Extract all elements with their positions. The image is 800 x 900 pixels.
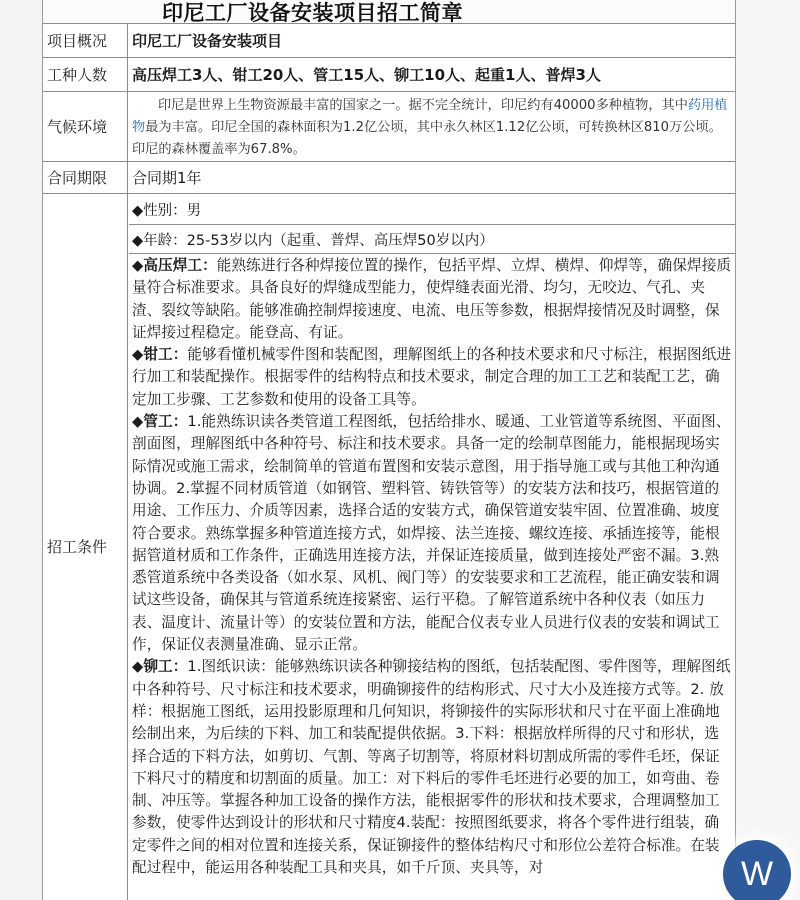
trade-requirements: ◆高压焊工：能熟练进行各种焊接位置的操作，包括平焊、立焊、横焊、仰焊等，确保焊接… bbox=[129, 255, 735, 879]
climate-text-part1: 印尼是世界上生物资源最丰富的国家之一。据不完全统计，印尼约有40000多种植物，… bbox=[158, 98, 688, 113]
label-headcount: 工种人数 bbox=[43, 58, 128, 91]
trade-pipefitter: ◆管工：1.能熟练识读各类管道工程图纸，包括给排水、暖通、工业管道等系统图、平面… bbox=[132, 411, 733, 656]
trade-riveter: ◆铆工：1.图纸识读：能够熟练识读各种铆接结构的图纸，包括装配图、零件图等，理解… bbox=[132, 656, 733, 879]
trade-description: 能够看懂机械零件图和装配图，理解图纸上的各种技术要求和尺寸标注，根据图纸进行加工… bbox=[132, 346, 731, 408]
label-conditions: 招工条件 bbox=[43, 193, 128, 900]
trade-description: 能熟练进行各种焊接位置的操作，包括平焊、立焊、横焊、仰焊等，确保焊接质量符合标准… bbox=[132, 257, 731, 341]
value-project-overview: 印尼工厂设备安装项目 bbox=[129, 24, 735, 57]
row-contract: 合同期限 合同期1年 bbox=[43, 162, 735, 194]
trade-description: 1.图纸识读：能够熟练识读各种铆接结构的图纸，包括装配图、零件图等，理解图纸中各… bbox=[132, 658, 731, 876]
trade-fitter: ◆钳工：能够看懂机械零件图和装配图，理解图纸上的各种技术要求和尺寸标注，根据图纸… bbox=[132, 344, 733, 411]
trade-name: ◆管工： bbox=[132, 413, 187, 430]
row-headcount: 工种人数 高压焊工3人、钳工20人、管工15人、铆工10人、起重1人、普焊3人 bbox=[43, 58, 735, 92]
label-contract: 合同期限 bbox=[43, 162, 128, 193]
climate-text-part2: 最为丰富。印尼全国的森林面积为1.2亿公顷，其中永久林区1.12亿公顷，可转换林… bbox=[132, 120, 722, 157]
value-climate: 印尼是世界上生物资源最丰富的国家之一。据不完全统计，印尼约有40000多种植物，… bbox=[129, 92, 735, 161]
value-headcount: 高压焊工3人、钳工20人、管工15人、铆工10人、起重1人、普焊3人 bbox=[129, 58, 735, 91]
row-climate: 气候环境 印尼是世界上生物资源最丰富的国家之一。据不完全统计，印尼约有40000… bbox=[43, 92, 735, 162]
wps-w-icon: W bbox=[741, 855, 773, 894]
recruitment-table: 印尼工厂设备安装项目招工简章 项目概况 印尼工厂设备安装项目 工种人数 高压焊工… bbox=[42, 0, 736, 900]
document-title: 印尼工厂设备安装项目招工简章 bbox=[162, 0, 463, 27]
value-contract: 合同期1年 bbox=[129, 162, 735, 193]
label-climate: 气候环境 bbox=[43, 92, 128, 161]
row-project-overview: 项目概况 印尼工厂设备安装项目 bbox=[43, 24, 735, 58]
title-row: 印尼工厂设备安装项目招工简章 bbox=[43, 0, 735, 24]
trade-name: ◆铆工： bbox=[132, 658, 187, 675]
trade-high-pressure-welder: ◆高压焊工：能熟练进行各种焊接位置的操作，包括平焊、立焊、横焊、仰焊等，确保焊接… bbox=[132, 255, 733, 344]
condition-gender: ◆性别：男 bbox=[129, 194, 735, 225]
wps-app-floating-button[interactable]: W bbox=[723, 840, 791, 900]
condition-age: ◆年龄：25-53岁以内（起重、普焊、高压焊50岁以内） bbox=[129, 226, 735, 254]
climate-paragraph: 印尼是世界上生物资源最丰富的国家之一。据不完全统计，印尼约有40000多种植物，… bbox=[132, 94, 735, 161]
trade-description: 1.能熟练识读各类管道工程图纸，包括给排水、暖通、工业管道等系统图、平面图、剖面… bbox=[132, 413, 731, 653]
trade-name: ◆高压焊工： bbox=[132, 257, 217, 274]
trade-name: ◆钳工： bbox=[132, 346, 187, 363]
page-background-right bbox=[735, 0, 800, 900]
label-project-overview: 项目概况 bbox=[43, 24, 128, 57]
